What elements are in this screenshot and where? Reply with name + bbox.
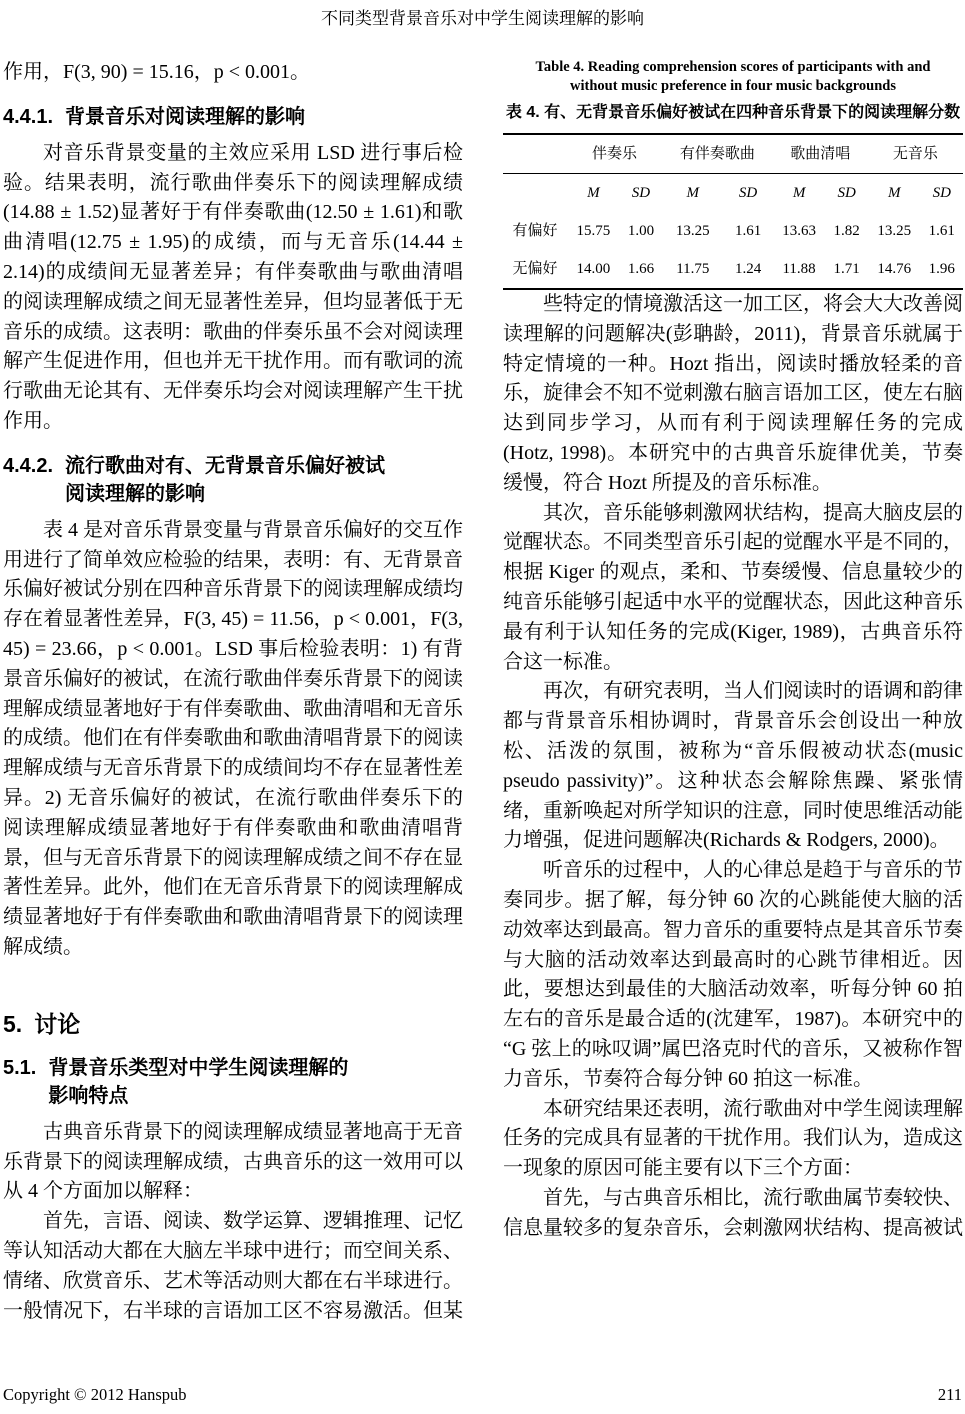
continued-paragraph-line: 作用，F(3, 90) = 15.16，p < 0.001。 (3, 58, 463, 88)
paragraph-441: 对音乐背景变量的主效应采用 LSD 进行事后检验。结果表明，流行歌曲伴奏乐下的阅… (3, 139, 463, 437)
table-caption-en-line1: Table 4. Reading comprehension scores of… (536, 59, 931, 75)
subheader-cell: SD (921, 174, 963, 213)
section-title: 背景音乐对阅读理解的影响 (65, 103, 463, 131)
table-stub-cell (503, 134, 567, 174)
value-cell: 1.71 (825, 250, 867, 289)
group-header-cell: 无音乐 (868, 134, 963, 174)
paper-page: 不同类型背景音乐对中学生阅读理解的影响 作用，F(3, 90) = 15.16，… (0, 0, 965, 1414)
section-heading-5: 5. 讨论 (3, 1009, 463, 1039)
value-cell: 15.75 (567, 212, 620, 250)
section-number: 4.4.1. (3, 103, 53, 131)
paragraph-442: 表 4 是对音乐背景变量与背景音乐偏好的交互作用进行了简单效应检验的结果，表明：… (3, 516, 463, 963)
value-cell: 14.76 (868, 250, 921, 289)
right-column: Table 4. Reading comprehension scores of… (503, 58, 963, 1244)
subheader-cell: SD (825, 174, 867, 213)
value-cell: 13.25 (868, 212, 921, 250)
section-title: 流行歌曲对有、无背景音乐偏好被试阅读理解的影响 (65, 452, 463, 508)
value-cell: 14.00 (567, 250, 620, 289)
table-stub-cell (503, 174, 567, 213)
paragraph-51a: 古典音乐背景下的阅读理解成绩显著地高于无音乐背景下的阅读理解成绩，古典音乐的这一… (3, 1118, 463, 1207)
section-title: 讨论 (34, 1009, 463, 1039)
section-title-line2: 影响特点 (48, 1085, 128, 1107)
page-footer: Copyright © 2012 Hanspub 211 (3, 1385, 962, 1405)
running-head-title: 不同类型背景音乐对中学生阅读理解的影响 (0, 4, 965, 29)
section-title-line2: 阅读理解的影响 (65, 483, 205, 505)
value-cell: 1.66 (620, 250, 662, 289)
left-column: 作用，F(3, 90) = 15.16，p < 0.001。 4.4.1. 背景… (3, 58, 463, 1326)
section-heading-442: 4.4.2. 流行歌曲对有、无背景音乐偏好被试阅读理解的影响 (3, 452, 463, 508)
table-subheader-row: M SD M SD M SD M SD (503, 174, 963, 213)
page-number: 211 (938, 1385, 962, 1405)
value-cell: 1.24 (723, 250, 772, 289)
value-cell: 11.75 (662, 250, 723, 289)
paragraph-discussion-6: 首先，与古典音乐相比，流行歌曲属节奏较快、信息量较多的复杂音乐，会刺激网状结构、… (503, 1184, 963, 1244)
row-label: 无偏好 (503, 250, 567, 289)
value-cell: 13.25 (662, 212, 723, 250)
table-caption-en: Table 4. Reading comprehension scores of… (503, 58, 963, 96)
row-label: 有偏好 (503, 212, 567, 250)
subheader-cell: M (567, 174, 620, 213)
paragraph-discussion-5: 本研究结果还表明，流行歌曲对中学生阅读理解任务的完成具有显著的干扰作用。我们认为… (503, 1095, 963, 1184)
value-cell: 11.88 (773, 250, 826, 289)
section-number: 4.4.2. (3, 452, 53, 508)
section-title-line1: 背景音乐类型对中学生阅读理解的 (48, 1057, 348, 1079)
table-4-block: Table 4. Reading comprehension scores of… (503, 58, 963, 290)
section-heading-441: 4.4.1. 背景音乐对阅读理解的影响 (3, 103, 463, 131)
section-title-line1: 流行歌曲对有、无背景音乐偏好被试 (65, 455, 385, 477)
table-row: 有偏好 15.75 1.00 13.25 1.61 13.63 1.82 13.… (503, 212, 963, 250)
value-cell: 1.00 (620, 212, 662, 250)
value-cell: 13.63 (773, 212, 826, 250)
subheader-cell: M (773, 174, 826, 213)
subheader-cell: SD (620, 174, 662, 213)
table-row: 无偏好 14.00 1.66 11.75 1.24 11.88 1.71 14.… (503, 250, 963, 289)
table-caption-zh: 表 4. 有、无背景音乐偏好被试在四种音乐背景下的阅读理解分数 (503, 101, 963, 124)
table-4: 伴奏乐 有伴奏歌曲 歌曲清唱 无音乐 M SD M SD M SD M (503, 133, 963, 290)
section-title: 背景音乐类型对中学生阅读理解的影响特点 (48, 1054, 463, 1110)
section-number: 5.1. (3, 1054, 36, 1110)
paragraph-discussion-1: 些特定的情境激活这一加工区，将会大大改善阅读理解的问题解决(彭聃龄，2011)，… (503, 290, 963, 499)
value-cell: 1.61 (723, 212, 772, 250)
table-group-header-row: 伴奏乐 有伴奏歌曲 歌曲清唱 无音乐 (503, 134, 963, 174)
value-cell: 1.96 (921, 250, 963, 289)
paragraph-discussion-4: 听音乐的过程中，人的心律总是趋于与音乐的节奏同步。据了解，每分钟 60 次的心跳… (503, 856, 963, 1094)
group-header-cell: 歌曲清唱 (773, 134, 868, 174)
subheader-cell: SD (723, 174, 772, 213)
value-cell: 1.82 (825, 212, 867, 250)
section-heading-51: 5.1. 背景音乐类型对中学生阅读理解的影响特点 (3, 1054, 463, 1110)
paragraph-discussion-3: 再次，有研究表明，当人们阅读时的语调和韵律都与背景音乐相协调时，背景音乐会创设出… (503, 677, 963, 856)
group-header-cell: 伴奏乐 (567, 134, 662, 174)
paragraph-51b: 首先，言语、阅读、数学运算、逻辑推理、记忆等认知活动大都在大脑左半球中进行；而空… (3, 1207, 463, 1326)
copyright-text: Copyright © 2012 Hanspub (3, 1385, 187, 1405)
section-number: 5. (3, 1009, 22, 1039)
subheader-cell: M (868, 174, 921, 213)
value-cell: 1.61 (921, 212, 963, 250)
table-caption-en-line2: without music preference in four music b… (570, 78, 896, 94)
subheader-cell: M (662, 174, 723, 213)
group-header-cell: 有伴奏歌曲 (662, 134, 773, 174)
paragraph-discussion-2: 其次，音乐能够刺激网状结构，提高大脑皮层的觉醒状态。不同类型音乐引起的觉醒水平是… (503, 499, 963, 678)
